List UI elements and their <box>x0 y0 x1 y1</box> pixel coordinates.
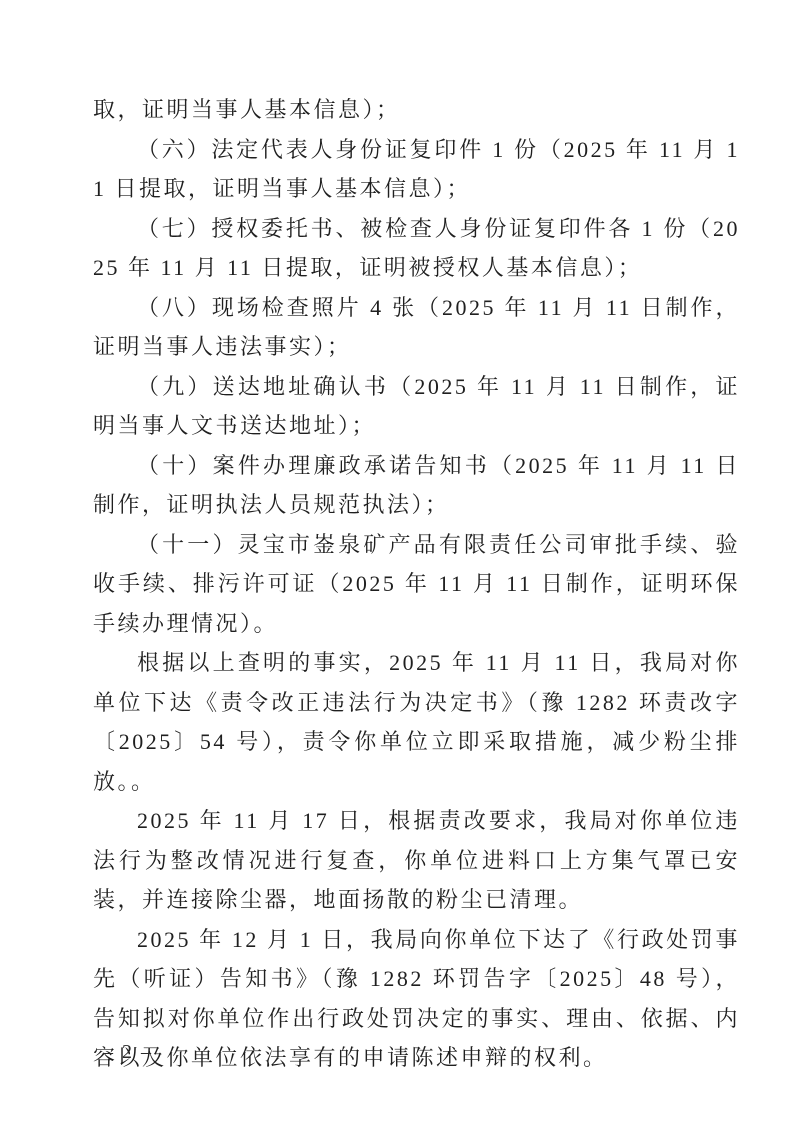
paragraph-evidence-5-continuation: 取，证明当事人基本信息）； <box>93 90 740 130</box>
paragraph-evidence-9: （九）送达地址确认书（2025 年 11 月 11 日制作，证明当事人文书送达地… <box>93 367 740 446</box>
paragraph-evidence-6: （六）法定代表人身份证复印件 1 份（2025 年 11 月 11 日提取，证明… <box>93 130 740 209</box>
page-number: – 2 – <box>103 1041 153 1063</box>
page-footer: – 2 – <box>103 1040 153 1064</box>
paragraph-reinspection: 2025 年 11 月 17 日，根据责改要求，我局对你单位违法行为整改情况进行… <box>93 801 740 920</box>
paragraph-evidence-7: （七）授权委托书、被检查人身份证复印件各 1 份（2025 年 11 月 11 … <box>93 209 740 288</box>
document-page: { "document": { "paragraphs": [ "取，证明当事人… <box>0 0 793 1122</box>
paragraph-evidence-10: （十）案件办理廉政承诺告知书（2025 年 11 月 11 日制作，证明执法人员… <box>93 446 740 525</box>
paragraph-evidence-11: （十一）灵宝市崟泉矿产品有限责任公司审批手续、验收手续、排污许可证（2025 年… <box>93 525 740 644</box>
paragraph-evidence-8: （八）现场检查照片 4 张（2025 年 11 月 11 日制作，证明当事人违法… <box>93 288 740 367</box>
paragraph-prior-notice: 2025 年 12 月 1 日，我局向你单位下达了《行政处罚事先（听证）告知书》… <box>93 920 740 1078</box>
document-body: 取，证明当事人基本信息）； （六）法定代表人身份证复印件 1 份（2025 年 … <box>93 90 740 1078</box>
paragraph-correction-order: 根据以上查明的事实，2025 年 11 月 11 日，我局对你单位下达《责令改正… <box>93 643 740 801</box>
